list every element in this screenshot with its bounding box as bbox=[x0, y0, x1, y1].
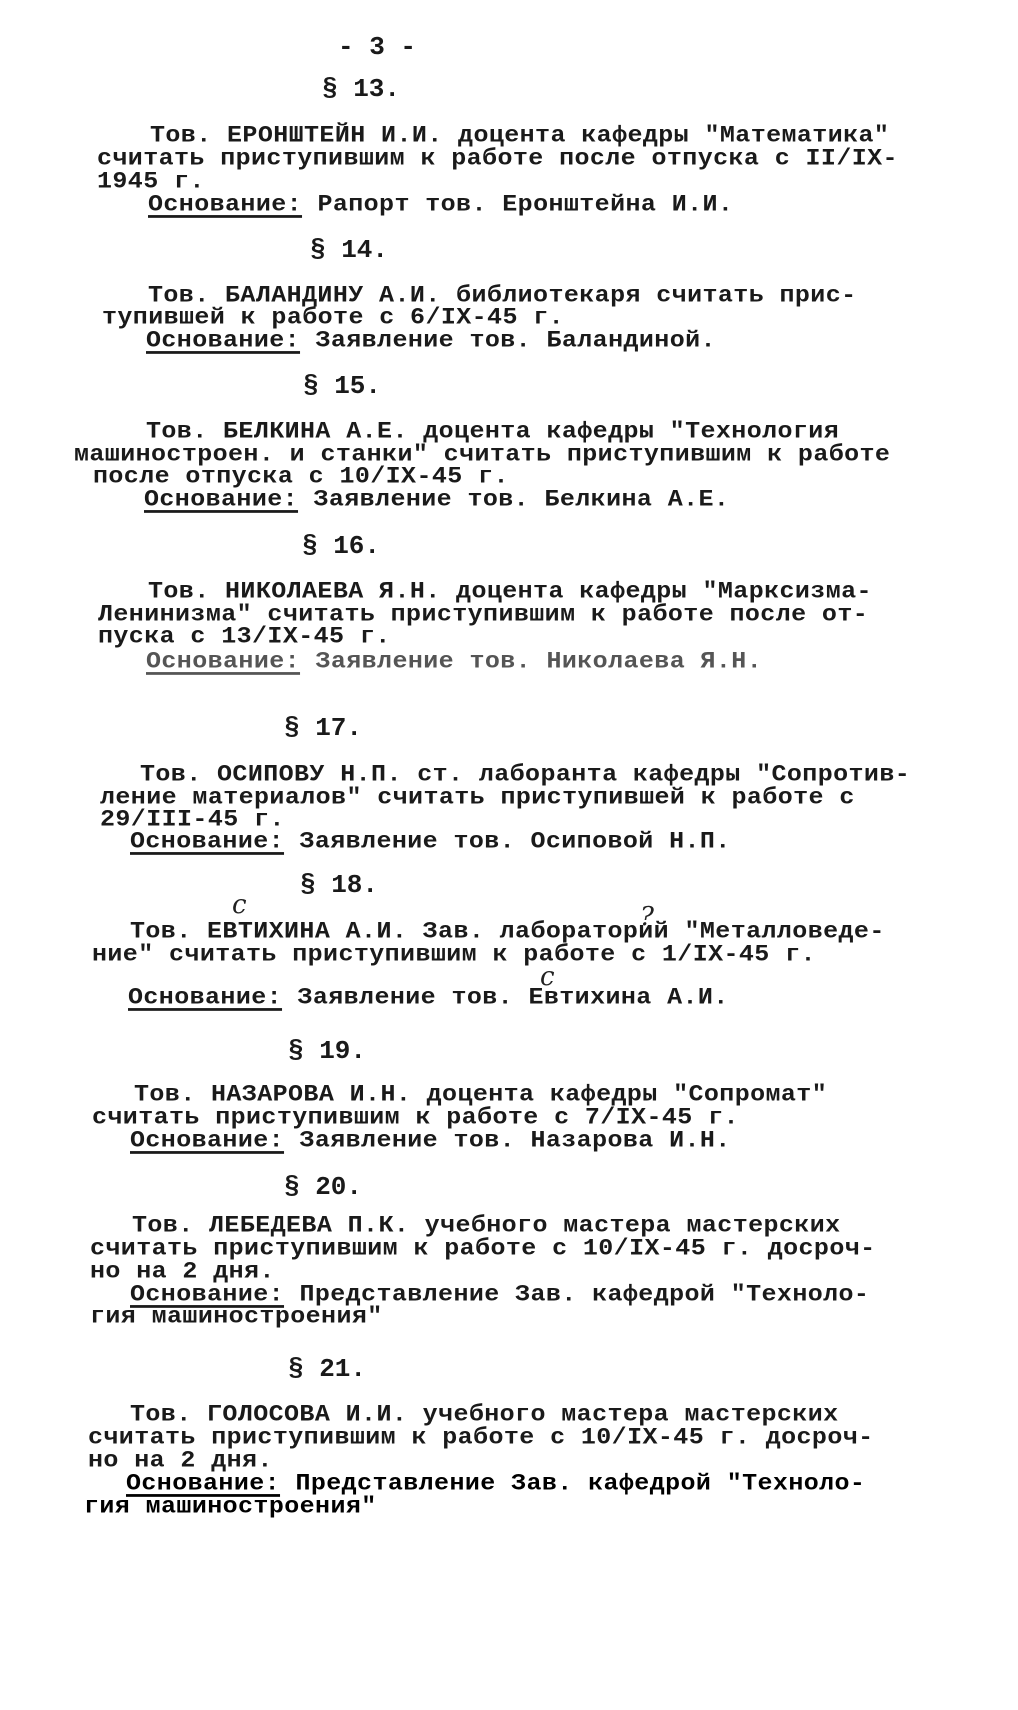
section-number: § 13. bbox=[322, 74, 400, 104]
section-body-line: считать приступившим к работе после отпу… bbox=[97, 147, 898, 170]
handwritten-mark: с bbox=[540, 962, 555, 992]
section-body-line: тупившей к работе с 6/IX-45 г. bbox=[102, 306, 564, 329]
basis-text: Представление Зав. кафедрой "Техноло- bbox=[295, 1470, 865, 1497]
basis-text: Заявление тов. Белкина А.Е. bbox=[313, 486, 729, 513]
section-number: § 18. bbox=[300, 870, 378, 900]
section-body-line: Тов. БЕЛКИНА А.Е. доцента кафедры "Техно… bbox=[146, 420, 839, 443]
section-basis: Основание: Представление Зав. кафедрой "… bbox=[126, 1472, 865, 1495]
basis-label: Основание: bbox=[130, 828, 284, 855]
section-body-line: после отпуска с 10/IX-45 г. bbox=[93, 465, 509, 488]
basis-text: Заявление тов. Евтихина А.И. bbox=[297, 984, 728, 1011]
section-number: § 15. bbox=[303, 371, 381, 401]
basis-label: Основание: bbox=[148, 191, 302, 218]
basis-text: Представление Зав. кафедрой "Техноло- bbox=[299, 1281, 869, 1308]
section-body-line: но на 2 дня. bbox=[90, 1260, 275, 1283]
section-body-line: считать приступившим к работе с 10/IX-45… bbox=[90, 1237, 876, 1260]
section-body-line: пуска с 13/IX-45 г. bbox=[98, 625, 391, 648]
handwritten-mark: с bbox=[232, 890, 247, 920]
basis-label: Основание: bbox=[146, 648, 300, 675]
basis-text: Заявление тов. Назарова И.Н. bbox=[299, 1127, 730, 1154]
section-number: § 16. bbox=[302, 531, 380, 561]
section-number: § 19. bbox=[288, 1036, 366, 1066]
section-body-line: Тов. НАЗАРОВА И.Н. доцента кафедры "Сопр… bbox=[134, 1083, 827, 1106]
section-basis: Основание: Заявление тов. Николаева Я.Н. bbox=[146, 650, 762, 673]
section-basis: Основание: Заявление тов. Баландиной. bbox=[146, 329, 716, 352]
basis-label: Основание: bbox=[146, 327, 300, 354]
section-number: § 20. bbox=[284, 1172, 362, 1202]
section-body-line: но на 2 дня. bbox=[88, 1449, 273, 1472]
handwritten-mark: ? bbox=[640, 902, 654, 932]
section-basis: Основание: Заявление тов. Осиповой Н.П. bbox=[130, 830, 731, 853]
section-basis: Основание: Заявление тов. Белкина А.Е. bbox=[144, 488, 729, 511]
basis-text: Заявление тов. Осиповой Н.П. bbox=[299, 828, 730, 855]
section-body-line: 1945 г. bbox=[97, 170, 205, 193]
page-number: - 3 - bbox=[338, 32, 416, 62]
section-body-line: Тов. ОСИПОВУ Н.П. ст. лаборанта кафедры … bbox=[140, 763, 910, 786]
section-body-line: Тов. НИКОЛАЕВА Я.Н. доцента кафедры "Мар… bbox=[148, 580, 872, 603]
section-body-line: Тов. ЕРОНШТЕЙН И.И. доцента кафедры "Мат… bbox=[150, 124, 889, 147]
section-body-line: Тов. ЛЕБЕДЕВА П.К. учебного мастера маст… bbox=[132, 1214, 841, 1237]
basis-label: Основание: bbox=[144, 486, 298, 513]
section-basis: Основание: Заявление тов. Назарова И.Н. bbox=[130, 1129, 731, 1152]
section-body-line: ние" считать приступившим к работе с 1/I… bbox=[92, 943, 816, 966]
section-body-line: Тов. ГОЛОСОВА И.И. учебного мастера маст… bbox=[130, 1403, 839, 1426]
basis-label: Основание: bbox=[130, 1127, 284, 1154]
section-number: § 14. bbox=[310, 235, 388, 265]
basis-text: Рапорт тов. Еронштейна И.И. bbox=[317, 191, 733, 218]
section-body-line: считать приступившим к работе с 7/IX-45 … bbox=[92, 1106, 739, 1129]
section-basis: Основание: Рапорт тов. Еронштейна И.И. bbox=[148, 193, 733, 216]
section-basis: Основание: Заявление тов. Евтихина А.И. bbox=[128, 986, 729, 1009]
section-number: § 21. bbox=[288, 1354, 366, 1384]
section-body-line: Тов. ЕВТИХИНА А.И. Зав. лабораторий "Мет… bbox=[130, 920, 885, 943]
section-number: § 17. bbox=[284, 713, 362, 743]
section-basis-continuation: гия машиностроения" bbox=[84, 1495, 377, 1518]
section-body-line: считать приступившим к работе с 10/IX-45… bbox=[88, 1426, 874, 1449]
section-basis-continuation: гия машиностроения" bbox=[90, 1305, 383, 1328]
basis-text: Заявление тов. Николаева Я.Н. bbox=[315, 648, 762, 675]
basis-label: Основание: bbox=[128, 984, 282, 1011]
document-page: - 3 - § 13. Тов. ЕРОНШТЕЙН И.И. доцента … bbox=[0, 0, 1018, 1710]
basis-text: Заявление тов. Баландиной. bbox=[315, 327, 715, 354]
